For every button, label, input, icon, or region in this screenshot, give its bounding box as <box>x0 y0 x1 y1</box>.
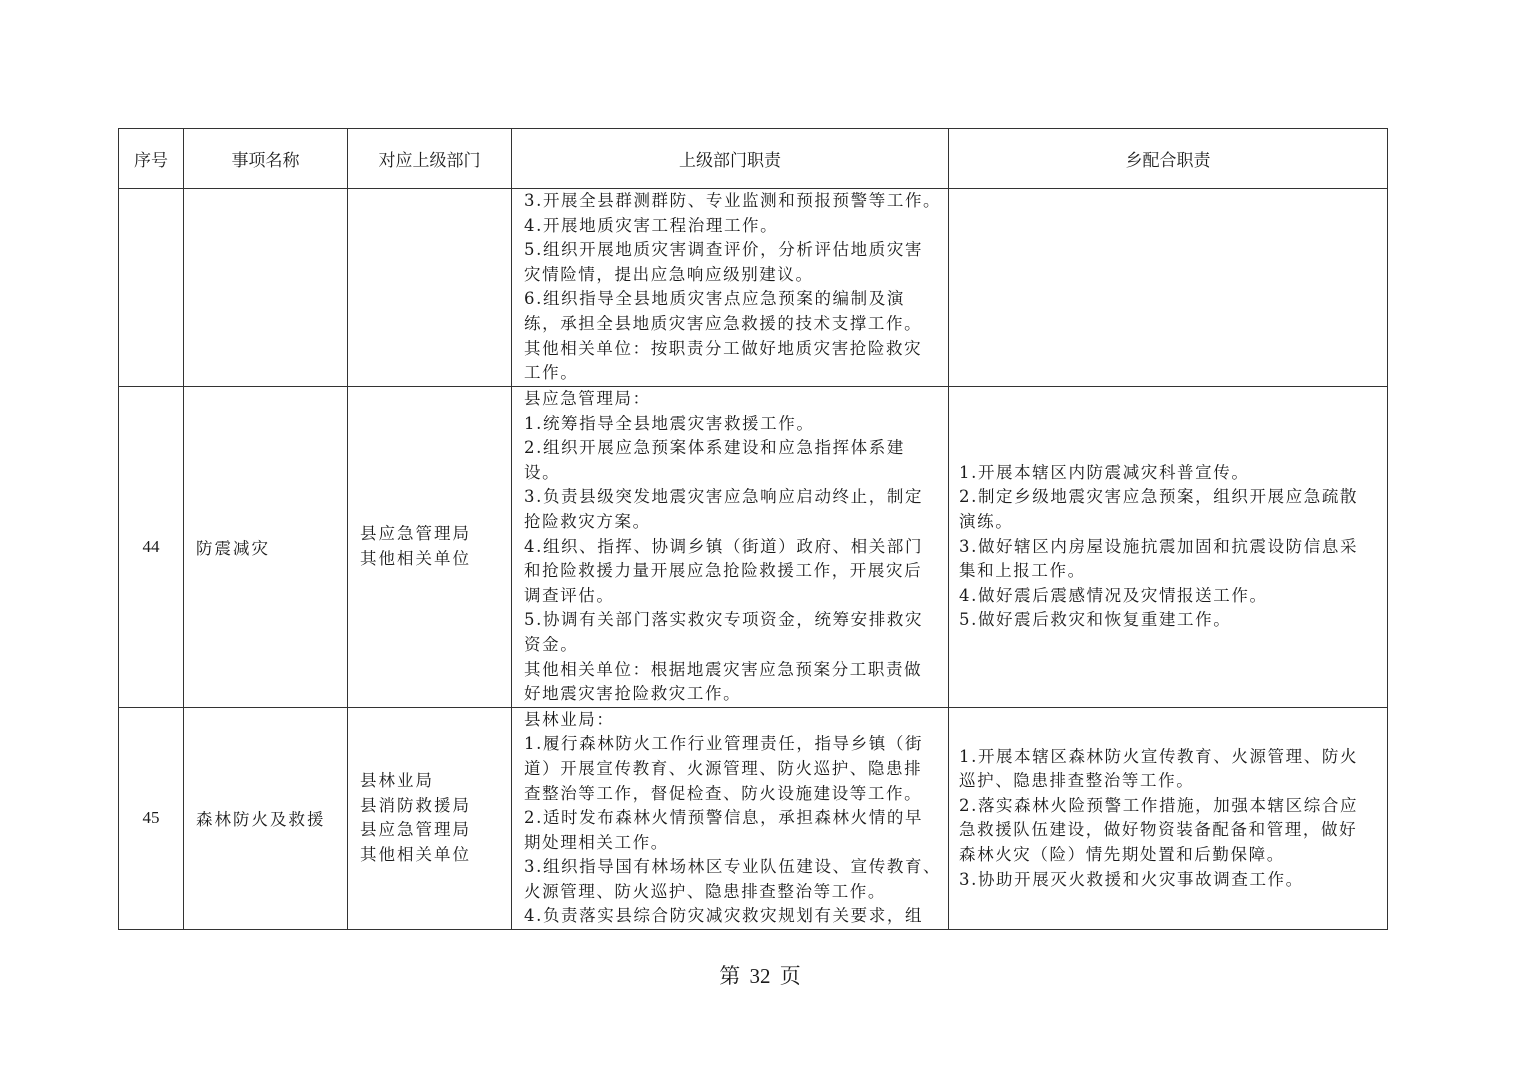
duty-line: 其他相关单位：按职责分工做好地质灾害抢险救灾 <box>524 337 940 362</box>
duty-line: 火源管理、防火巡护、隐患排查整治等工作。 <box>524 880 940 905</box>
superior-duties-cell: 县林业局： 1.履行森林防火工作行业管理责任，指导乡镇（街 道）开展宣传教育、火… <box>512 707 949 929</box>
department-line: 县林业局 <box>360 769 511 794</box>
item-name-cell: 森林防火及救援 <box>184 707 348 929</box>
duty-line: 其他相关单位：根据地震灾害应急预案分工职责做 <box>524 658 940 683</box>
duty-line: 查整治等工作，督促检查、防火设施建设等工作。 <box>524 782 940 807</box>
duty-line: 县应急管理局： <box>524 387 940 412</box>
coop-line: 5.做好震后救灾和恢复重建工作。 <box>959 608 1379 633</box>
coop-line: 巡护、隐患排查整治等工作。 <box>959 769 1379 794</box>
duty-line: 期处理相关工作。 <box>524 831 940 856</box>
table-row: 44 防震减灾 县应急管理局 其他相关单位 县应急管理局： 1.统筹指导全县地震… <box>119 387 1388 708</box>
duty-line: 3.组织指导国有林场林区专业队伍建设、宣传教育、 <box>524 855 940 880</box>
header-item-name: 事项名称 <box>184 129 348 189</box>
superior-duties-cell: 县应急管理局： 1.统筹指导全县地震灾害救援工作。 2.组织开展应急预案体系建设… <box>512 387 949 708</box>
seq-cell <box>119 189 184 387</box>
coop-line: 森林火灾（险）情先期处置和后勤保障。 <box>959 843 1379 868</box>
page-number: 第 32 页 <box>0 960 1520 990</box>
duty-line: 4.负责落实县综合防灾减灾救灾规划有关要求，组 <box>524 904 940 929</box>
department-line: 其他相关单位 <box>360 547 511 572</box>
table-header-row: 序号 事项名称 对应上级部门 上级部门职责 乡配合职责 <box>119 129 1388 189</box>
township-duties-cell: 1.开展本辖区内防震减灾科普宣传。 2.制定乡级地震灾害应急预案，组织开展应急疏… <box>949 387 1388 708</box>
coop-line: 3.协助开展灭火救援和火灾事故调查工作。 <box>959 868 1379 893</box>
coop-line: 4.做好震后震感情况及灾情报送工作。 <box>959 584 1379 609</box>
duty-line: 3.负责县级突发地震灾害应急响应启动终止，制定 <box>524 485 940 510</box>
duty-line: 1.统筹指导全县地震灾害救援工作。 <box>524 412 940 437</box>
coop-line: 2.制定乡级地震灾害应急预案，组织开展应急疏散 <box>959 485 1379 510</box>
township-duties-cell: 1.开展本辖区森林防火宣传教育、火源管理、防火 巡护、隐患排查整治等工作。 2.… <box>949 707 1388 929</box>
departments-cell: 县应急管理局 其他相关单位 <box>348 387 512 708</box>
item-name-cell: 防震减灾 <box>184 387 348 708</box>
duty-line: 设。 <box>524 461 940 486</box>
duty-line: 5.组织开展地质灾害调查评价，分析评估地质灾害 <box>524 238 940 263</box>
duty-line: 和抢险救援力量开展应急抢险救援工作，开展灾后 <box>524 559 940 584</box>
superior-duties-cell: 3.开展全县群测群防、专业监测和预报预警等工作。 4.开展地质灾害工程治理工作。… <box>512 189 949 387</box>
duty-line: 4.组织、指挥、协调乡镇（街道）政府、相关部门 <box>524 535 940 560</box>
duty-line: 灾情险情，提出应急响应级别建议。 <box>524 263 940 288</box>
township-duties-cell <box>949 189 1388 387</box>
header-superior-duties: 上级部门职责 <box>512 129 949 189</box>
duty-table: 序号 事项名称 对应上级部门 上级部门职责 乡配合职责 3.开展全县群测群防、专… <box>118 128 1388 930</box>
document-page: 序号 事项名称 对应上级部门 上级部门职责 乡配合职责 3.开展全县群测群防、专… <box>0 0 1520 1074</box>
duty-line: 县林业局： <box>524 708 940 733</box>
duty-line: 调查评估。 <box>524 584 940 609</box>
coop-line: 1.开展本辖区森林防火宣传教育、火源管理、防火 <box>959 745 1379 770</box>
duty-line: 1.履行森林防火工作行业管理责任，指导乡镇（街 <box>524 732 940 757</box>
item-name-cell <box>184 189 348 387</box>
department-line: 县应急管理局 <box>360 818 511 843</box>
duty-line: 2.组织开展应急预案体系建设和应急指挥体系建 <box>524 436 940 461</box>
duty-line: 2.适时发布森林火情预警信息，承担森林火情的早 <box>524 806 940 831</box>
department-line: 县消防救援局 <box>360 794 511 819</box>
departments-cell: 县林业局 县消防救援局 县应急管理局 其他相关单位 <box>348 707 512 929</box>
coop-line: 3.做好辖区内房屋设施抗震加固和抗震设防信息采 <box>959 535 1379 560</box>
coop-line: 2.落实森林火险预警工作措施，加强本辖区综合应 <box>959 794 1379 819</box>
duty-line: 6.组织指导全县地质灾害点应急预案的编制及演 <box>524 287 940 312</box>
department-line: 县应急管理局 <box>360 522 511 547</box>
coop-line: 急救援队伍建设，做好物资装备配备和管理，做好 <box>959 818 1379 843</box>
seq-cell: 45 <box>119 707 184 929</box>
table-row: 3.开展全县群测群防、专业监测和预报预警等工作。 4.开展地质灾害工程治理工作。… <box>119 189 1388 387</box>
duty-line: 练，承担全县地质灾害应急救援的技术支撑工作。 <box>524 312 940 337</box>
seq-cell: 44 <box>119 387 184 708</box>
header-seq: 序号 <box>119 129 184 189</box>
duty-line: 4.开展地质灾害工程治理工作。 <box>524 214 940 239</box>
coop-line: 1.开展本辖区内防震减灾科普宣传。 <box>959 461 1379 486</box>
duty-line: 抢险救灾方案。 <box>524 510 940 535</box>
duty-line: 资金。 <box>524 633 940 658</box>
departments-cell <box>348 189 512 387</box>
duty-line: 5.协调有关部门落实救灾专项资金，统筹安排救灾 <box>524 608 940 633</box>
duty-line: 道）开展宣传教育、火源管理、防火巡护、隐患排 <box>524 757 940 782</box>
header-superior-dept: 对应上级部门 <box>348 129 512 189</box>
duty-line: 好地震灾害抢险救灾工作。 <box>524 682 940 707</box>
table-row: 45 森林防火及救援 县林业局 县消防救援局 县应急管理局 其他相关单位 县林业… <box>119 707 1388 929</box>
coop-line: 演练。 <box>959 510 1379 535</box>
duty-line: 工作。 <box>524 361 940 386</box>
header-township-duties: 乡配合职责 <box>949 129 1388 189</box>
department-line: 其他相关单位 <box>360 843 511 868</box>
coop-line: 集和上报工作。 <box>959 559 1379 584</box>
duty-line: 3.开展全县群测群防、专业监测和预报预警等工作。 <box>524 189 940 214</box>
